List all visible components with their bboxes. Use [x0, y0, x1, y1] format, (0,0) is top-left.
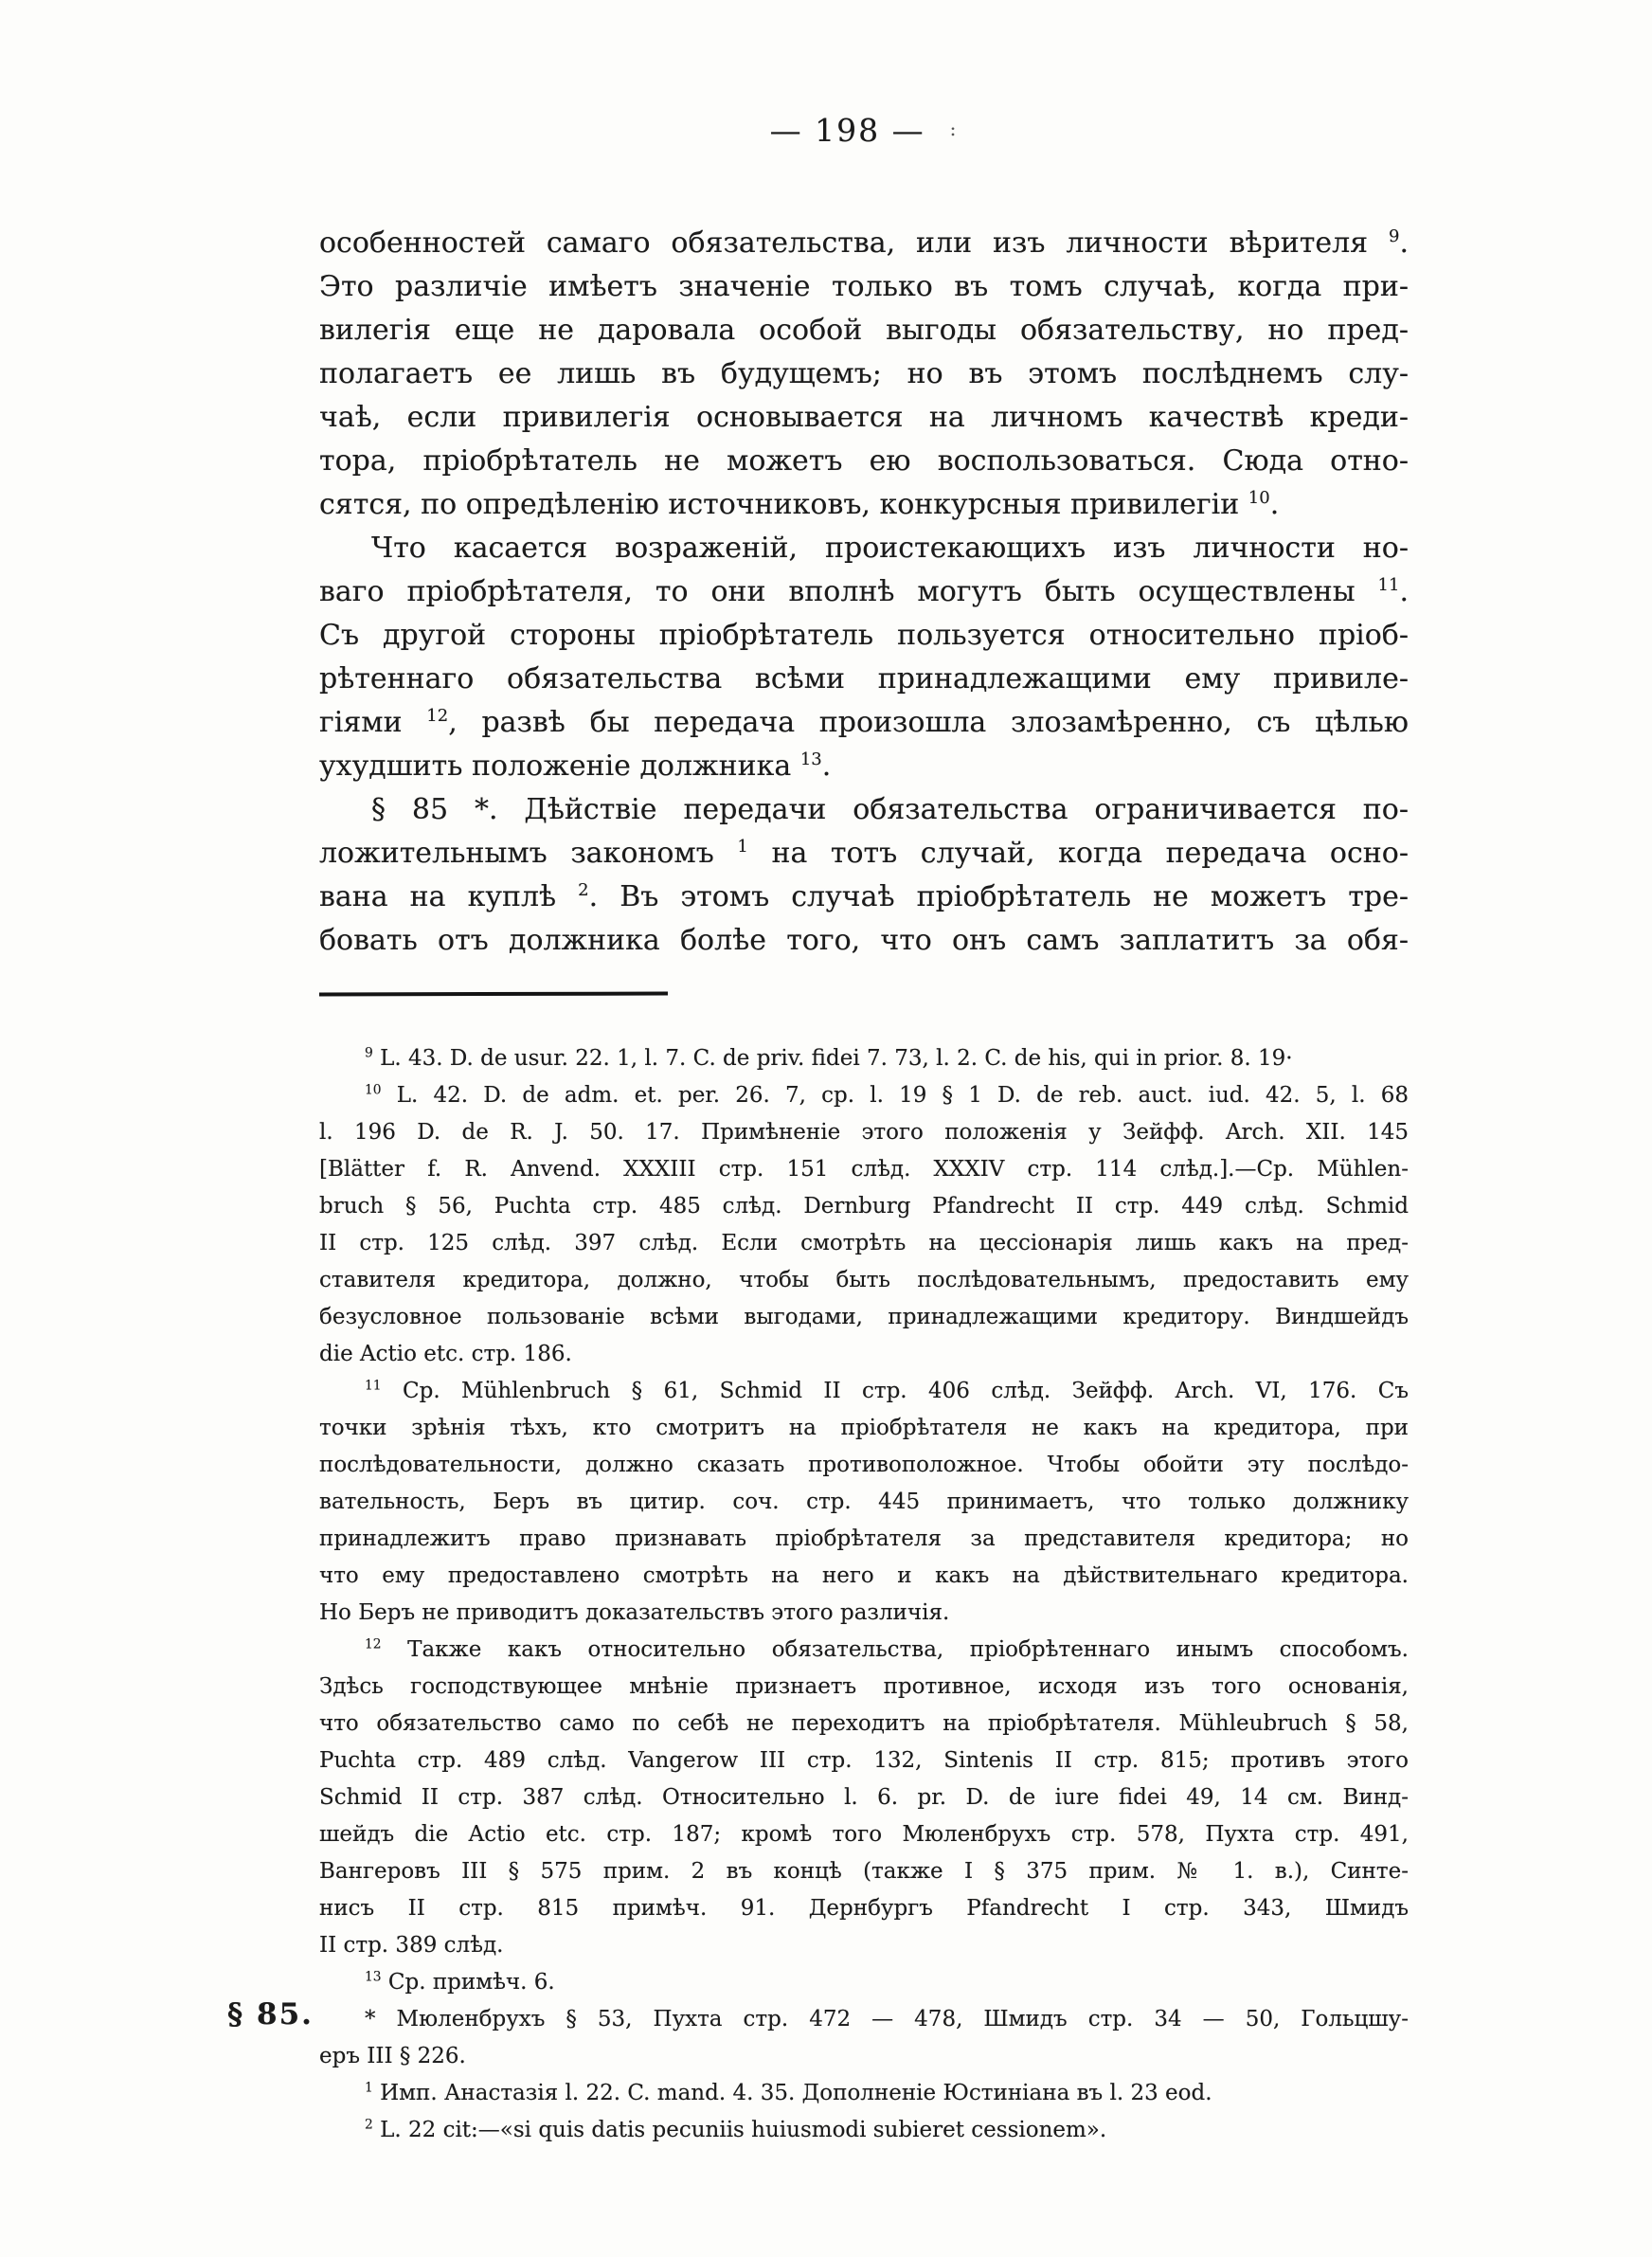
- footnote-text-line: 1 Имп. Анастазія l. 22. C. mand. 4. 35. …: [319, 2075, 1409, 2112]
- footnote-text-line: II стр. 389 слѣд.: [319, 1927, 1409, 1964]
- footnote-text-line: die Actio etc. стр. 186.: [319, 1336, 1409, 1373]
- footnote-marker: 13: [800, 749, 822, 769]
- footnote-marker: 10: [1248, 488, 1270, 508]
- body-text-line: особенностей самаго обязательства, или и…: [319, 222, 1409, 265]
- body-text-line: ухудшить положеніе должника 13.: [319, 745, 1409, 788]
- footnote-text-line: принадлежитъ право признавать пріобрѣтат…: [319, 1521, 1409, 1558]
- body-text-line: бовать отъ должника болѣе того, что онъ …: [319, 919, 1409, 963]
- footnote: 13 Ср. примѣч. 6.: [319, 1964, 1409, 2001]
- footnote-marker: 9: [365, 1045, 373, 1060]
- footnote-text-line: Здѣсь господствующее мнѣніе признаетъ пр…: [319, 1669, 1409, 1706]
- section-number-margin-label: § 85.: [227, 1997, 314, 2031]
- footnote-marker: 2: [365, 2117, 373, 2132]
- footnote: 2 L. 22 cit:—«si quis datis pecuniis hui…: [319, 2112, 1409, 2149]
- footnote-text-line: Schmid II стр. 387 слѣд. Относительно l.…: [319, 1779, 1409, 1816]
- page-number: — 198 —: [770, 112, 925, 149]
- body-paragraph: особенностей самаго обязательства, или и…: [319, 222, 1409, 527]
- footnote-text-line: [Blätter f. R. Anvend. XXXIII стр. 151 с…: [319, 1151, 1409, 1188]
- body-text-line: Что касается возраженій, проистекающихъ …: [319, 527, 1409, 570]
- main-text-block: особенностей самаго обязательства, или и…: [319, 222, 1409, 963]
- footnote-marker: 11: [365, 1378, 382, 1393]
- body-text-line: ваго пріобрѣтателя, то они вполнѣ могутъ…: [319, 570, 1409, 614]
- footnote-text-line: Вангеровъ III § 575 прим. 2 въ концѣ (та…: [319, 1853, 1409, 1890]
- footnote-text-line: 11 Ср. Mühlenbruch § 61, Schmid II стр. …: [319, 1373, 1409, 1410]
- footnote-text-line: что обязательство само по себѣ не перехо…: [319, 1706, 1409, 1742]
- footnote-text-line: ставителя кредитора, должно, чтобы быть …: [319, 1262, 1409, 1299]
- body-text-line: сятся, по опредѣленію источниковъ, конку…: [319, 483, 1409, 527]
- footnote-text-line: * Мюленбрухъ § 53, Пухта стр. 472 — 478,…: [319, 2001, 1409, 2038]
- footnote-marker: 1: [737, 837, 747, 857]
- footnote-marker: 2: [578, 880, 588, 900]
- footnote-text-line: 9 L. 43. D. de usur. 22. 1, l. 7. C. de …: [319, 1040, 1409, 1077]
- footnote: 12 Также какъ относительно обязательства…: [319, 1632, 1409, 1964]
- footnote-text-line: что ему предоставлено смотрѣть на него и…: [319, 1558, 1409, 1595]
- footnote: 10 L. 42. D. de adm. et. per. 26. 7, ср.…: [319, 1077, 1409, 1373]
- body-text-line: полагаетъ ее лишь въ будущемъ; но въ это…: [319, 352, 1409, 396]
- footnote-marker: 13: [365, 1969, 382, 1984]
- footnote-text-line: 2 L. 22 cit:—«si quis datis pecuniis hui…: [319, 2112, 1409, 2149]
- footnote-text-line: нисъ II стр. 815 примѣч. 91. Дернбургъ P…: [319, 1890, 1409, 1927]
- footnote-text-line: 10 L. 42. D. de adm. et. per. 26. 7, ср.…: [319, 1077, 1409, 1114]
- print-artifact-mark: :: [925, 117, 959, 140]
- footnote-marker: 9: [1389, 226, 1399, 246]
- footnote-text-line: bruch § 56, Puchta стр. 485 слѣд. Dernbu…: [319, 1188, 1409, 1225]
- footnote-marker: 12: [426, 706, 448, 726]
- footnote: § 85.* Мюленбрухъ § 53, Пухта стр. 472 —…: [319, 2001, 1409, 2075]
- footnote-marker: 12: [365, 1636, 382, 1652]
- footnote-marker: 11: [1378, 575, 1400, 595]
- footnotes-block: 9 L. 43. D. de usur. 22. 1, l. 7. C. de …: [319, 1040, 1409, 2149]
- body-text-line: тора, пріобрѣтатель не можетъ ею восполь…: [319, 440, 1409, 483]
- footnote-text-line: l. 196 D. de R. J. 50. 17. Примѣненіе эт…: [319, 1114, 1409, 1151]
- footnote: 9 L. 43. D. de usur. 22. 1, l. 7. C. de …: [319, 1040, 1409, 1077]
- footnote: 1 Имп. Анастазія l. 22. C. mand. 4. 35. …: [319, 2075, 1409, 2112]
- body-text-line: Это различіе имѣетъ значеніе только въ т…: [319, 265, 1409, 309]
- body-text-line: вилегія еще не даровала особой выгоды об…: [319, 309, 1409, 352]
- body-paragraph: Что касается возраженій, проистекающихъ …: [319, 527, 1409, 788]
- footnote-marker: 10: [365, 1082, 382, 1097]
- body-text-line: чаѣ, если привилегія основывается на лич…: [319, 396, 1409, 440]
- footnote-text-line: Но Беръ не приводитъ доказательствъ этог…: [319, 1595, 1409, 1632]
- footnote-text-line: 12 Также какъ относительно обязательства…: [319, 1632, 1409, 1669]
- page-header: — 198 —:: [319, 112, 1409, 152]
- footnote-text-line: 13 Ср. примѣч. 6.: [319, 1964, 1409, 2001]
- footnote: 11 Ср. Mühlenbruch § 61, Schmid II стр. …: [319, 1373, 1409, 1632]
- footnote-text-line: II стр. 125 слѣд. 397 слѣд. Если смотрѣт…: [319, 1225, 1409, 1262]
- footnote-separator-rule: [319, 992, 668, 997]
- scanned-book-page: — 198 —: особенностей самаго обязательст…: [0, 0, 1652, 2257]
- body-text-line: § 85 *. Дѣйствіе передачи обязательства …: [319, 788, 1409, 832]
- page-content-column: — 198 —: особенностей самаго обязательст…: [319, 112, 1409, 2149]
- footnote-text-line: послѣдовательности, должно сказать проти…: [319, 1447, 1409, 1484]
- body-text-line: рѣтеннаго обязательства всѣми принадлежа…: [319, 658, 1409, 701]
- body-text-line: ложительнымъ закономъ 1 на тотъ случай, …: [319, 832, 1409, 876]
- footnote-marker: 1: [365, 2080, 373, 2095]
- footnote-text-line: еръ III § 226.: [319, 2038, 1409, 2075]
- footnote-text-line: шейдъ die Actio etc. стр. 187; кромѣ тог…: [319, 1816, 1409, 1853]
- footnote-text-line: вательность, Беръ въ цитир. соч. стр. 44…: [319, 1484, 1409, 1521]
- footnote-text-line: точки зрѣнія тѣхъ, кто смотритъ на пріоб…: [319, 1410, 1409, 1447]
- body-text-line: Съ другой стороны пріобрѣтатель пользует…: [319, 614, 1409, 658]
- footnote-text-line: безусловное пользованіе всѣми выгодами, …: [319, 1299, 1409, 1336]
- body-paragraph: § 85 *. Дѣйствіе передачи обязательства …: [319, 788, 1409, 963]
- footnote-text-line: Puchta стр. 489 слѣд. Vangerow III стр. …: [319, 1742, 1409, 1779]
- body-text-line: вана на куплѣ 2. Въ этомъ случаѣ пріобрѣ…: [319, 876, 1409, 919]
- body-text-line: гіями 12, развѣ бы передача произошла зл…: [319, 701, 1409, 745]
